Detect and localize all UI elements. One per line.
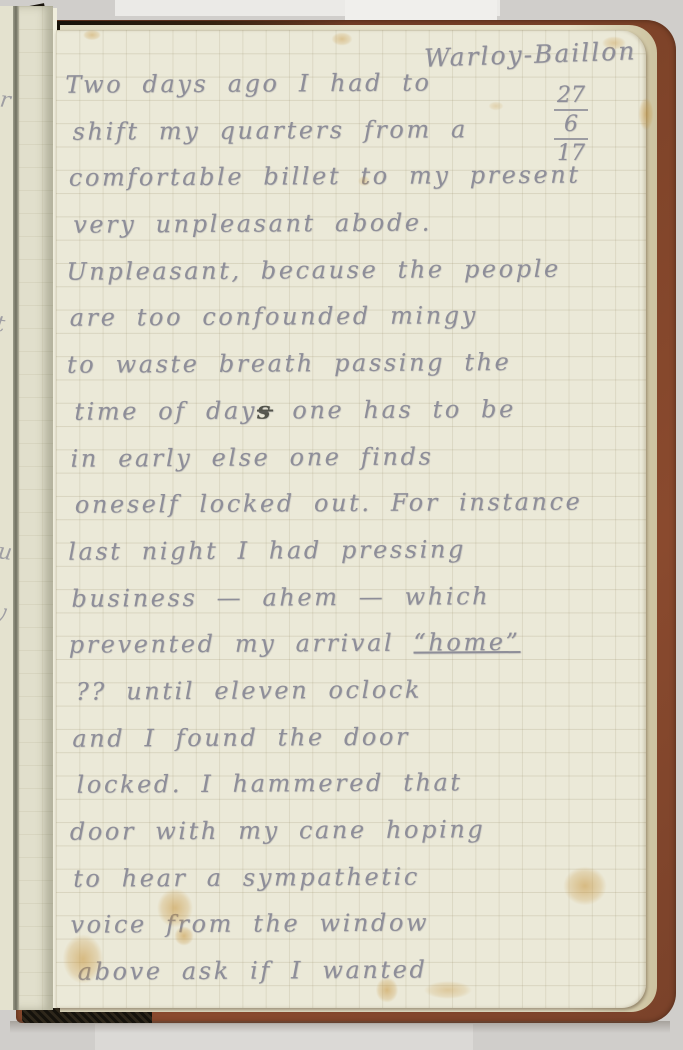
handwriting-segment: door with my cane hoping (70, 815, 486, 846)
handwriting-line: to waste breath passing the (67, 338, 641, 388)
handwriting-segment: locked. I hammered that (76, 769, 462, 799)
handwriting-segment: s (257, 395, 273, 424)
handwriting-line: business — ahem — which (68, 572, 642, 622)
diary-page: Warloy-Baillon 27 6 17 Two days ago I ha… (56, 30, 646, 1008)
handwriting-line: are too confounded mingy (67, 292, 641, 342)
handwriting-segment: “home” (413, 628, 520, 657)
handwriting-line: prevented my arrival “home” (69, 618, 643, 668)
handwriting-segment: in early else one finds (70, 442, 433, 472)
handwriting-line: and I found the door (69, 712, 643, 762)
handwriting-line: time of days one has to be (67, 385, 641, 435)
handwriting-segment: last night I had pressing (68, 535, 466, 565)
handwriting-segment: to waste breath passing the (67, 348, 512, 379)
handwriting-segment: above ask if I wanted (78, 956, 428, 986)
handwriting-line: above ask if I wanted (71, 945, 645, 995)
handwriting-lines: Two days ago I had toshift my quarters f… (65, 58, 645, 995)
handwriting-segment: oneself locked out. For instance (75, 488, 583, 519)
handwriting-line: very unpleasant abode. (66, 198, 640, 248)
handwriting-segment: very unpleasant abode. (73, 209, 432, 239)
handwriting-segment: and I found the door (72, 722, 410, 752)
handwriting-segment: ?? until eleven oclock (76, 676, 422, 706)
handwriting-segment: comfortable billet to my present (69, 161, 581, 192)
handwriting-line: in early else one finds (67, 432, 641, 482)
handwriting-line: Unpleasant, because the people (66, 245, 640, 295)
handwriting-line: last night I had pressing (68, 525, 642, 575)
previous-page-edge-inner (19, 6, 53, 1010)
handwriting-segment: voice from the window (70, 909, 429, 939)
handwriting-line: Two days ago I had to (65, 58, 639, 108)
handwriting-segment: time of day (74, 396, 257, 425)
handwriting-line: shift my quarters from a (65, 105, 639, 155)
handwriting-line: oneself locked out. For instance (68, 478, 642, 528)
handwriting-segment: Two days ago I had to (65, 69, 431, 99)
handwriting-line: locked. I hammered that (69, 759, 643, 809)
handwriting-segment: Unpleasant, because the people (66, 254, 561, 285)
handwriting-line: ?? until eleven oclock (69, 665, 643, 715)
handwriting-segment: one has to be (273, 395, 516, 424)
handwriting-segment: prevented my arrival (69, 629, 414, 659)
previous-page-edge-outer (0, 6, 13, 1010)
handwriting-line: voice from the window (70, 899, 644, 949)
handwriting-segment: shift my quarters from a (72, 115, 467, 145)
scanned-notebook-photo: r t u y Warloy-Baillon 27 6 17 Two days … (0, 0, 683, 1050)
handwriting-segment: are too confounded mingy (70, 302, 478, 332)
handwriting-line: to hear a sympathetic (70, 852, 644, 902)
handwriting-segment: to hear a sympathetic (73, 862, 420, 892)
handwriting-line: comfortable billet to my present (66, 152, 640, 202)
handwriting-segment: business — ahem — which (71, 582, 490, 613)
handwriting-line: door with my cane hoping (70, 805, 644, 855)
